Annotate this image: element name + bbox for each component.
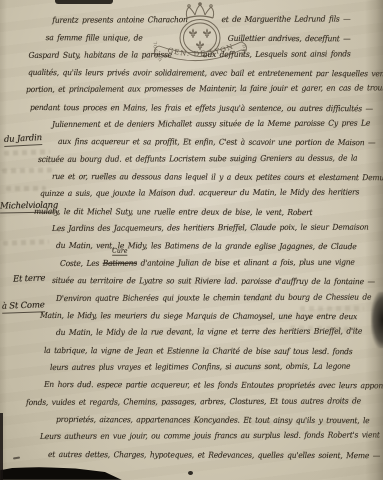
line-text: mulaty, le dit Michel Suty, une ruelle e… bbox=[34, 207, 312, 217]
manuscript-line: Juliennement et de deniers Michallet aus… bbox=[52, 115, 361, 134]
manuscript-line: D'environ quatre Bicherées qui jouxte le… bbox=[56, 288, 361, 307]
line-text: et de Marguerithe Ledrund fils — bbox=[221, 10, 350, 28]
line-text: Juliennement et de deniers Michallet aus… bbox=[52, 119, 370, 129]
line-text: qualités, qu'ils leurs privés avoir soli… bbox=[28, 68, 383, 78]
scan-artifact-left-strip bbox=[0, 413, 3, 480]
line-text: aux deffunts, Lesquels sont ainsi fonds bbox=[203, 45, 351, 63]
page-edge-shadow-left bbox=[0, 0, 7, 480]
manuscript-line: Les Jardins des Jacquemeurs, des heritie… bbox=[52, 219, 361, 238]
line-text: Leurs autheurs en vue jouir, ou comme jo… bbox=[40, 431, 380, 442]
line-text: D'environ quatre Bicherées qui jouxte le… bbox=[56, 292, 371, 302]
line-text: fonds, vuides et regards, Chemins, passa… bbox=[26, 396, 361, 407]
line-text: rue et or, ruelles au dessous dans leque… bbox=[52, 172, 383, 182]
margin-note-michelviolang: Michelviolang bbox=[0, 200, 58, 213]
margin-note-et-terre: Et terre bbox=[13, 273, 46, 284]
line-text: Les Jardins des Jacquemeurs, des heritie… bbox=[52, 223, 369, 233]
line-text: pendant tous proces en Mains, les frais … bbox=[30, 103, 373, 113]
scan-artifact-right-blob bbox=[371, 292, 383, 348]
interlinear-correction: Cure bbox=[112, 248, 127, 256]
line-text: leurs autres plus vrayes et legitimes Co… bbox=[50, 361, 350, 371]
manuscript-line: fonds, vuides et regards, Chemins, passa… bbox=[26, 392, 360, 411]
manuscript-line: et autres dettes, Charges, hypoteques, e… bbox=[48, 446, 361, 464]
manuscript-line: portion, et principalement aux promesses… bbox=[26, 80, 360, 99]
scan-artifact-dot bbox=[188, 471, 193, 475]
line-text: scituée au bourg dud. et deffunts Locris… bbox=[38, 153, 357, 163]
manuscript-line: leurs autres plus vrayes et legitimes Co… bbox=[50, 357, 361, 376]
line-text: la tabrique, la vigne de Jean et Estienn… bbox=[44, 346, 352, 356]
line-text: située au territoire de Lyatre so suit R… bbox=[52, 276, 375, 286]
line-text: et autres dettes, Charges, hypoteques, e… bbox=[48, 450, 380, 460]
margin-note-a-st-come: à St Come bbox=[2, 300, 45, 313]
manuscript-line: furentz presents antoine Charachon et de… bbox=[0, 10, 354, 29]
line-text: furentz presents antoine Charachon bbox=[52, 11, 187, 29]
manuscript-text-block: furentz presents antoine Charachon et de… bbox=[0, 0, 377, 463]
line-text: Gaspard Suty, habitans de la paroisse bbox=[28, 46, 172, 64]
line-text: Coste, Les bbox=[60, 259, 103, 268]
page-edge-shadow-right bbox=[365, 0, 383, 480]
line-text: aux fins acquereur et sa proffit, Et enf… bbox=[58, 137, 375, 147]
struck-word: Batimens bbox=[103, 258, 137, 267]
manuscript-line: Leurs autheurs en vue jouir, ou comme jo… bbox=[40, 427, 360, 446]
manuscript-page: GEN. DE LYON UN SOL 4 DEN. furentz prese… bbox=[0, 0, 383, 480]
line-text: du Matin, vent, le Midy, les Batimens de… bbox=[56, 241, 357, 251]
line-text: Matin, le Midy, les meuriers du siege Ma… bbox=[40, 311, 357, 321]
scan-artifact-top-band bbox=[55, 0, 113, 4]
line-text: En hors dud. espece partie acquereur, et… bbox=[44, 380, 383, 390]
manuscript-line: Coste, Les CureBatimens d'antoine Julian… bbox=[60, 253, 361, 272]
line-text: sa femme fille unique, de bbox=[46, 30, 143, 48]
manuscript-line: quinze a suis, que jouxte la Maison dud.… bbox=[40, 184, 360, 203]
line-text: quinze a suis, que jouxte la Maison dud.… bbox=[40, 188, 359, 198]
line-text: portion, et principalement aux promesses… bbox=[26, 84, 383, 95]
margin-note-du-jardin: du Jardin bbox=[4, 133, 43, 147]
manuscript-line: Gaspard Suty, habitans de la paroisse au… bbox=[0, 45, 354, 64]
manuscript-line: scituée au bourg dud. et deffunts Locris… bbox=[38, 149, 360, 168]
scan-artifact-bottom-blob bbox=[0, 467, 122, 480]
manuscript-line: du Matin, le Midy de la rue devant, la v… bbox=[56, 323, 361, 342]
line-text: d'antoine Julian de bise et alinant a fo… bbox=[137, 257, 355, 267]
line-text: du Matin, le Midy de la rue devant, la v… bbox=[56, 327, 362, 337]
line-text: proprietés, aizances, appartenances Konc… bbox=[56, 415, 369, 425]
